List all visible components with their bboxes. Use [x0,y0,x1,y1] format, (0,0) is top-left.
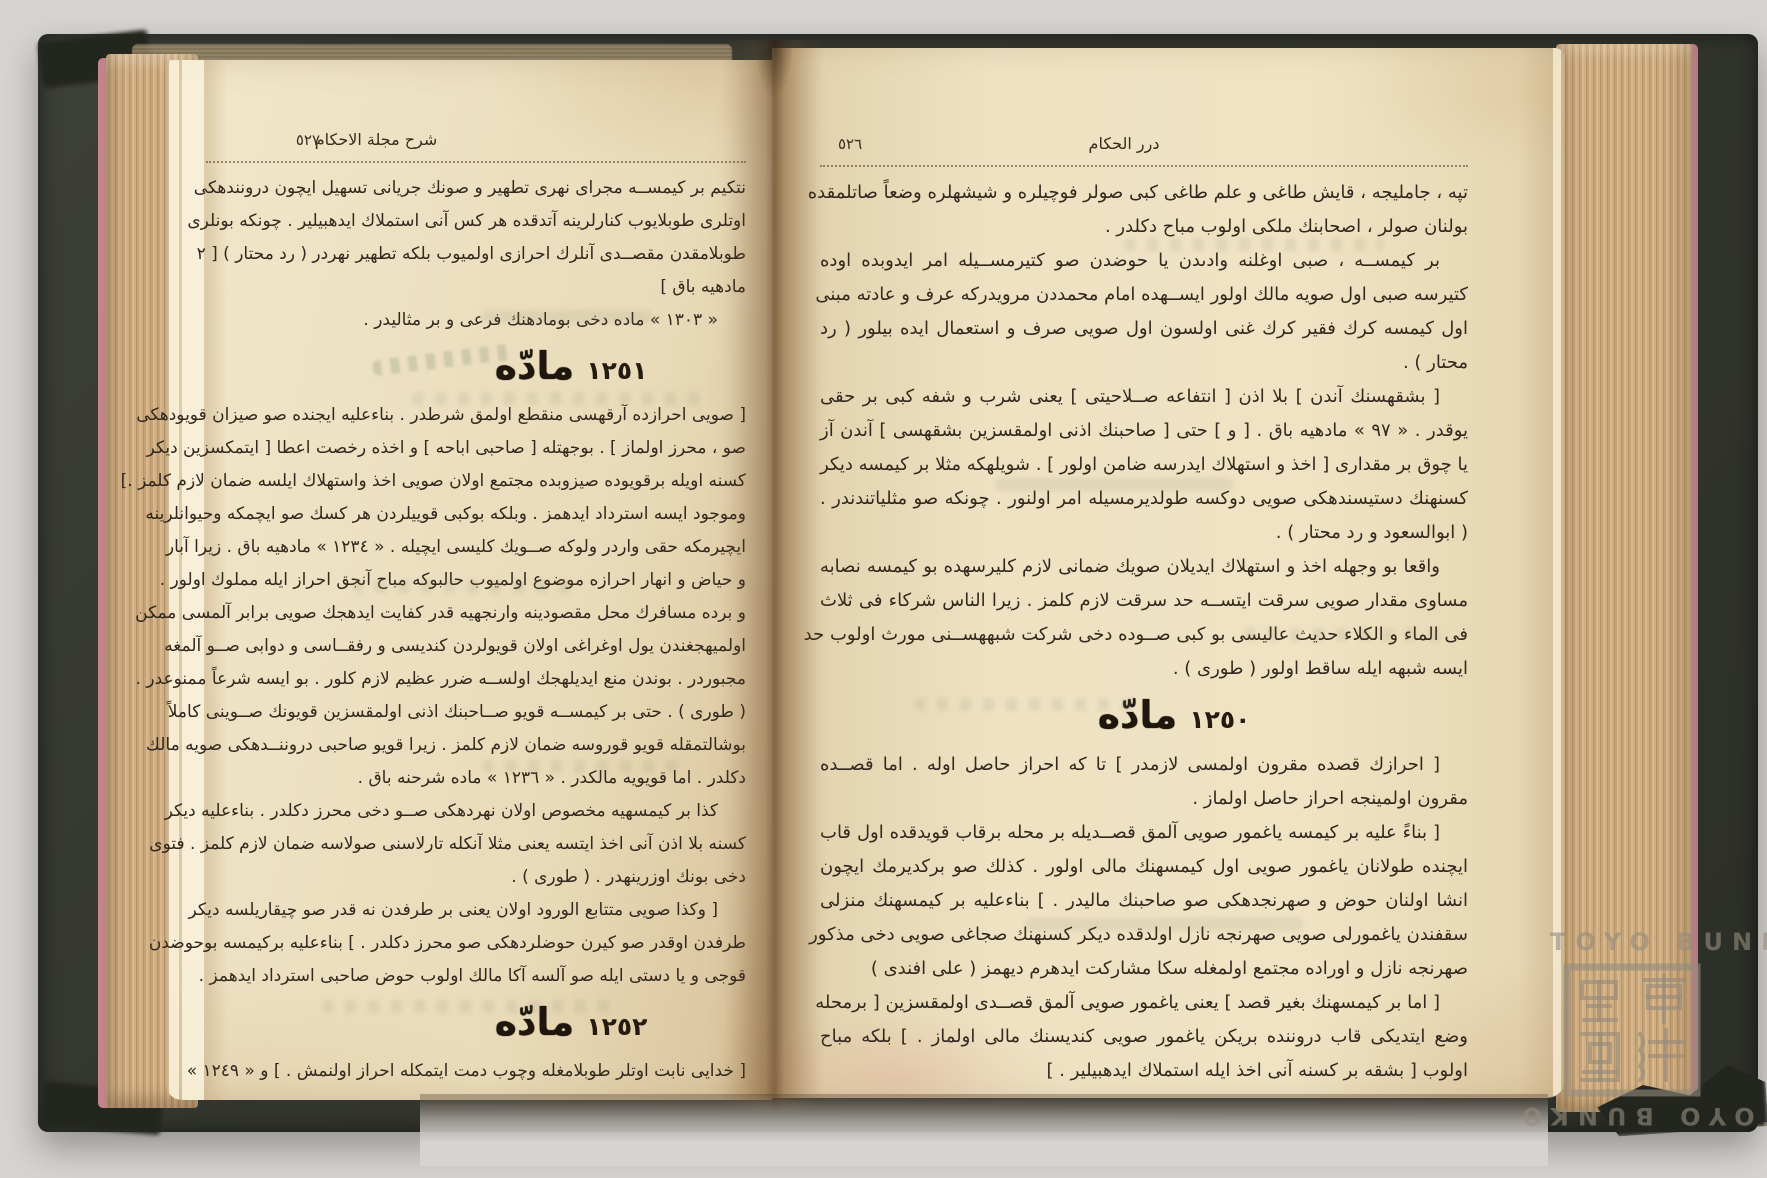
text-line: [ بناءً عليه بر كيمسه ياغمور صويى آلمق ق… [820,816,1468,850]
text-line: [ اما بر كيمسهنك بغير قصد ] يعنى ياغمور … [820,986,1468,1020]
text-line: يا چوق بر مقدارى [ اخذ و استهلاك ايدرسه … [820,448,1468,482]
article-word: مادّه [1098,690,1178,740]
text-line: اول كيمسه كرك فقير كرك غنى اولسون اول صو… [820,312,1468,346]
text-line: و برده مسافرك محل مقصودينه وارنجهيه قدر … [206,597,746,630]
photo-background: { "colors":{"background":"#d6d3d0","cove… [0,0,1767,1178]
right-page-title: درر الحكام [820,134,1428,153]
text-line: ( ابوالسعود و رد محتار ) . [820,516,1468,550]
right-page-header: ٥٢٦ درر الحكام [820,134,1468,160]
article-number: ١٢٥٢ [586,1012,647,1041]
text-line: « ١٣٠٣ » ماده دخى بومادهنك فرعى و بر مثا… [206,304,746,337]
text-line: مادهيه باق ] [206,271,746,304]
article-number: ١٢٥١ [586,356,647,385]
left-page-body: نتكيم بر كيمســه مجراى نهرى تطهير و صونك… [206,172,746,1088]
text-line: [ صويى احرازده آرقهسى منقطع اولمق شرطدر … [206,399,746,432]
article-heading: ١٢٥٢مادّه [301,997,841,1053]
text-line: فى الماء و الكلاء حديث عاليسى بو كبى صــ… [820,618,1468,652]
text-line: كذا بر كيمسهيه مخصوص اولان نهردهكى صــو … [206,795,746,828]
text-line: ( طورى ) . حتى بر كيمســه قويو صــاحبنك … [206,696,746,729]
right-page: ٥٢٦ درر الحكام تپه ، جامليجه ، قايش طاغى… [772,48,1564,1098]
text-line: كسنهنك دستيسندهكى صويى دوكسه طولديرمسيله… [820,482,1468,516]
text-line: قوجى و يا دستى ايله صو آلسه آكا مالك اول… [206,960,746,993]
text-line: [ احرازك قصده مقرون اولمسى لازمدر ] تا ك… [820,748,1468,782]
text-line: مقرون اولمينجه احراز حاصل اولماز . [820,782,1468,816]
text-line: كسنه بلا اذن آنى اخذ ايتسه يعنى مثلا آنك… [206,828,746,861]
article-word: مادّه [495,341,575,391]
text-line: وموجود ايسه استرداد ايدهمز . وبلكه بوكبى… [206,498,746,531]
text-line: دكلدر . اما قويويه مالكدر . « ١٢٣٦ » ماد… [206,762,746,795]
article-word: مادّه [495,997,575,1047]
text-line: كتيرسه صبى اول صويه مالك اولور ايســهده … [820,278,1468,312]
text-line: انشا اولنان حوض و صهرنجدهكى صو صاحبنك ما… [820,884,1468,918]
text-line: [ بشقهسنك آندن ] بلا اذن [ انتفاعه صــلا… [820,380,1468,414]
text-line: و حياض و انهار احرازه موضوع اولميوب حالب… [206,564,746,597]
text-line: ايچيرمكه حقى واردر ولوكه صــويك كليسى اي… [206,531,746,564]
text-line: وضع ايتديكى قاب دروننده بريكن ياغمور صوي… [820,1020,1468,1054]
text-line: طوبلامقدن مقصــدى آنلرك احرازى اولميوب ب… [206,238,746,271]
text-line: [ خدايى نابت اوتلر طوبلامغله وچوب دمت اي… [206,1055,746,1088]
text-line: دخى بونك اوزرينهدر . ( طورى ) . [206,861,746,894]
text-line: صو ، محرز اولماز ] . بوجهتله [ صاحبى ابا… [206,432,746,465]
right-header-rule [820,165,1468,167]
text-line: نتكيم بر كيمســه مجراى نهرى تطهير و صونك… [206,172,746,205]
text-line: اولميهجغندن يول اوغراغى اولان قويولردن ك… [206,630,746,663]
text-line: سقفندن ياغمورلى صويى صهرنجه نازل اولدقده… [820,918,1468,952]
article-number: ١٢٥٠ [1189,705,1250,734]
text-line: صهرنجه نازل و اوراده مجتمع اولمغله سكا م… [820,952,1468,986]
text-line: تپه ، جامليجه ، قايش طاغى و علم طاغى كبى… [820,176,1468,210]
left-header-rule [206,161,746,163]
toyo-bunko-watermark: TOYO BUNKO TOYO BUNKO [1540,928,1767,1143]
text-line: ايچنده طولانان ياغمور صويى اول كيمسهنك م… [820,850,1468,884]
text-line: [ وكذا صويى متتابع الورود اولان يعنى بر … [206,894,746,927]
text-line: بر كيمســه ، صبى اوغلنه وادىدن يا حوضدن … [820,244,1468,278]
article-heading: ١٢٥١مادّه [301,341,841,397]
left-page-header: ٥٢٧ شرح مجلة الاحكام [206,130,746,156]
text-line: طرفدن اوقدر صو كيرن حوضلردهكى صو محرز دك… [206,927,746,960]
text-line: بوشالتمقله قويو قوروسه ضمان لازم كلمز . … [206,729,746,762]
article-heading: ١٢٥٠مادّه [850,690,1498,746]
text-line: واقعا بو وجهله اخذ و استهلاك ايديلان صوي… [820,550,1468,584]
toyo-bunko-text-bottom: TOYO BUNKO [1513,1102,1767,1130]
text-line: مجبوردر . بوندن منع ايديلهجك اولســه ضرر… [206,663,746,696]
left-page-title: شرح مجلة الاحكام [206,130,546,149]
toyo-bunko-text-top: TOYO BUNKO [1550,928,1767,956]
right-page-body: تپه ، جامليجه ، قايش طاغى و علم طاغى كبى… [820,176,1468,1088]
toyo-bunko-seal [1562,962,1702,1098]
left-page: ٥٢٧ شرح مجلة الاحكام نتكيم بر كيمســه مج… [168,60,772,1100]
text-line: مساوى مقدار صويى سرقت ايتســه حد سرقت لا… [820,584,1468,618]
book-bottom-shadow [420,1094,1548,1166]
text-line: يوقدر . « ٩٧ » مادهيه باق . [ و ] حتى [ … [820,414,1468,448]
text-line: ايسه شبهه ايله ساقط اولور ( طورى ) . [820,652,1468,686]
text-line: بولنان صولر ، اصحابنك ملكى اولوب مباح دك… [820,210,1468,244]
text-line: اولوب [ بشقه بر كسنه آنى اخذ ايله استملا… [820,1054,1468,1088]
text-line: اوتلرى طوبلايوب كنارلرينه آتدقده هر كس آ… [206,205,746,238]
text-line: محتار ) . [820,346,1468,380]
text-line: كسنه اويله برقويوده صيزوبده مجتمع اولان … [206,465,746,498]
